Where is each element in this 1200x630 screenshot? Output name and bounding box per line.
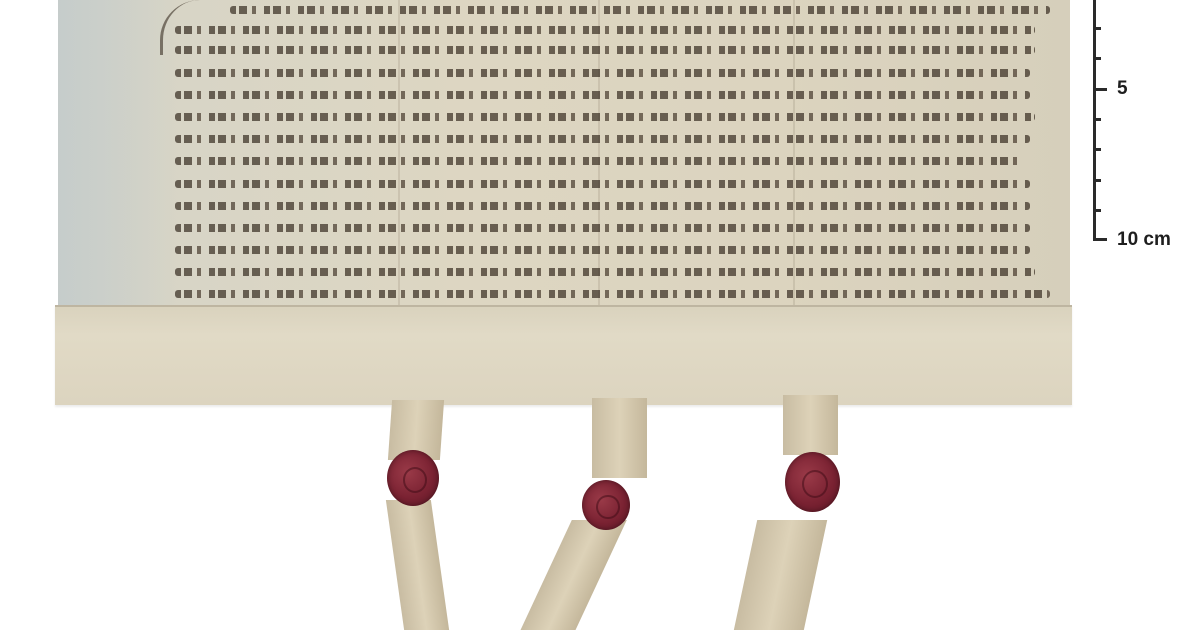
text-line: [175, 180, 1030, 188]
seal-tag-left-lower: [386, 500, 449, 630]
scale-tick: [1093, 27, 1101, 30]
text-line: [175, 113, 1035, 121]
seal-tag-right-lower: [733, 520, 827, 630]
text-line: [175, 26, 1035, 34]
scale-tick: [1093, 209, 1101, 212]
text-line: [175, 268, 1035, 276]
text-line: [175, 202, 1030, 210]
text-line: [230, 6, 1050, 14]
scale-label-10cm: 10 cm: [1117, 229, 1171, 251]
text-line: [175, 91, 1030, 99]
scale-tick: [1093, 118, 1101, 121]
scale-tick: [1093, 57, 1101, 60]
scale-tick: [1093, 148, 1101, 151]
wax-seal-left: [387, 450, 439, 506]
scale-tick-major: [1093, 88, 1107, 91]
scale-tick-major: [1093, 238, 1107, 241]
plica-crease: [55, 305, 1072, 307]
text-line: [175, 246, 1030, 254]
seal-tag-middle-lower: [518, 520, 627, 630]
text-line: [175, 224, 1030, 232]
scale-tick: [1093, 179, 1101, 182]
wax-seal-middle: [582, 480, 630, 530]
text-line: [175, 46, 1035, 54]
folded-plica: [55, 305, 1072, 405]
scale-label-5: 5: [1117, 78, 1128, 100]
seal-tag-right: [783, 395, 838, 455]
text-line: [175, 157, 1025, 165]
seal-tag-middle: [592, 398, 647, 478]
text-line: [175, 290, 1050, 298]
wax-seal-right: [785, 452, 840, 512]
text-line: [175, 135, 1030, 143]
text-line: [175, 69, 1030, 77]
